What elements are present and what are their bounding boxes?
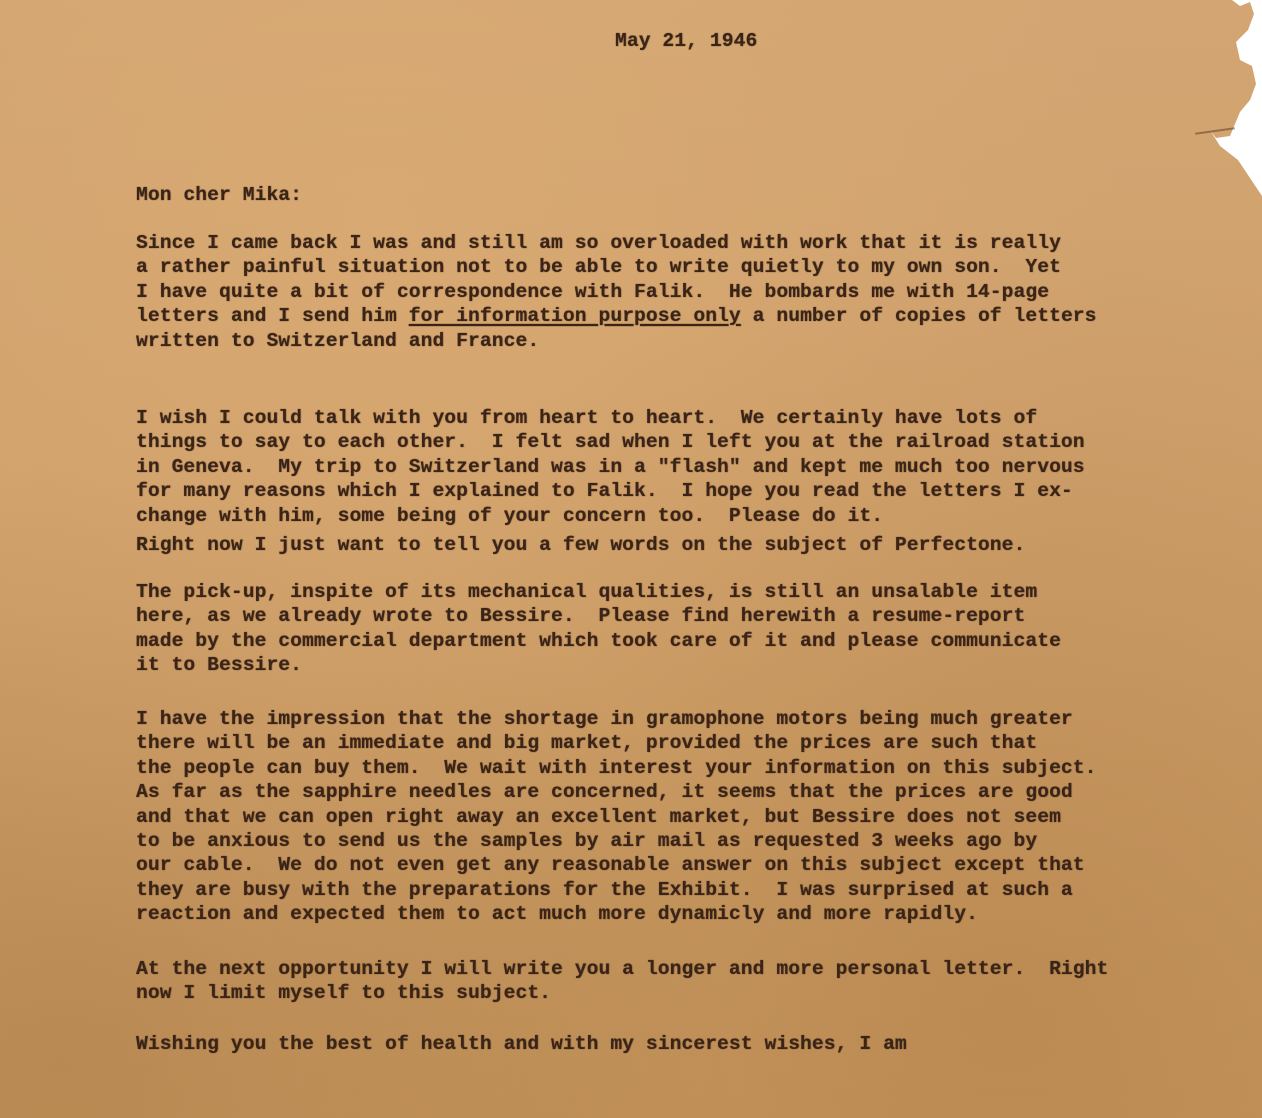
paragraph-next-opportunity: At the next opportunity I will write you…: [136, 957, 1108, 1006]
text-line: now I limit myself to this subject.: [136, 981, 1108, 1005]
text-line: to be anxious to send us the samples by …: [136, 829, 1097, 853]
text-line: there will be an immediate and big marke…: [136, 731, 1097, 755]
text-line: change with him, some being of your conc…: [136, 504, 1085, 528]
paragraph-pickup: The pick-up, inspite of its mechanical q…: [136, 580, 1061, 678]
text-line: I have the impression that the shortage …: [136, 707, 1097, 731]
paragraph-heart-to-heart: I wish I could talk with you from heart …: [136, 406, 1085, 528]
text-line: it to Bessire.: [136, 653, 1061, 677]
text-line: they are busy with the preparations for …: [136, 878, 1097, 902]
text-line: I wish I could talk with you from heart …: [136, 406, 1085, 430]
salutation: Mon cher Mika:: [136, 184, 302, 206]
text-line: The pick-up, inspite of its mechanical q…: [136, 580, 1061, 604]
text-line: the people can buy them. We wait with in…: [136, 756, 1097, 780]
text-line: At the next opportunity I will write you…: [136, 957, 1108, 981]
text-line: I have quite a bit of correspondence wit…: [136, 280, 1097, 304]
paragraph-perfectone-intro: Right now I just want to tell you a few …: [136, 533, 1025, 557]
text-line: written to Switzerland and France.: [136, 329, 1097, 353]
text-line: As far as the sapphire needles are conce…: [136, 780, 1097, 804]
text-line: reaction and expected them to act much m…: [136, 902, 1097, 926]
text-line: our cable. We do not even get any reason…: [136, 853, 1097, 877]
text-line: Wishing you the best of health and with …: [136, 1032, 907, 1056]
text-line: here, as we already wrote to Bessire. Pl…: [136, 604, 1061, 628]
text-line: Since I came back I was and still am so …: [136, 231, 1097, 255]
text-line: things to say to each other. I felt sad …: [136, 430, 1085, 454]
text-line: and that we can open right away an excel…: [136, 805, 1097, 829]
letter-date: May 21, 1946: [615, 30, 757, 52]
paragraph-work-overload: Since I came back I was and still am so …: [136, 231, 1097, 353]
paragraph-closing: Wishing you the best of health and with …: [136, 1032, 907, 1056]
paper-sheet: [0, 0, 1262, 1118]
text-line: Right now I just want to tell you a few …: [136, 533, 1025, 557]
paragraph-gramophone-motors: I have the impression that the shortage …: [136, 707, 1097, 927]
text-line: made by the commercial department which …: [136, 629, 1061, 653]
text-line: for many reasons which I explained to Fa…: [136, 479, 1085, 503]
text-line: a rather painful situation not to be abl…: [136, 255, 1097, 279]
text-line: in Geneva. My trip to Switzerland was in…: [136, 455, 1085, 479]
underlined-phrase: for information purpose only: [409, 305, 741, 327]
text-line: letters and I send him for information p…: [136, 304, 1097, 328]
